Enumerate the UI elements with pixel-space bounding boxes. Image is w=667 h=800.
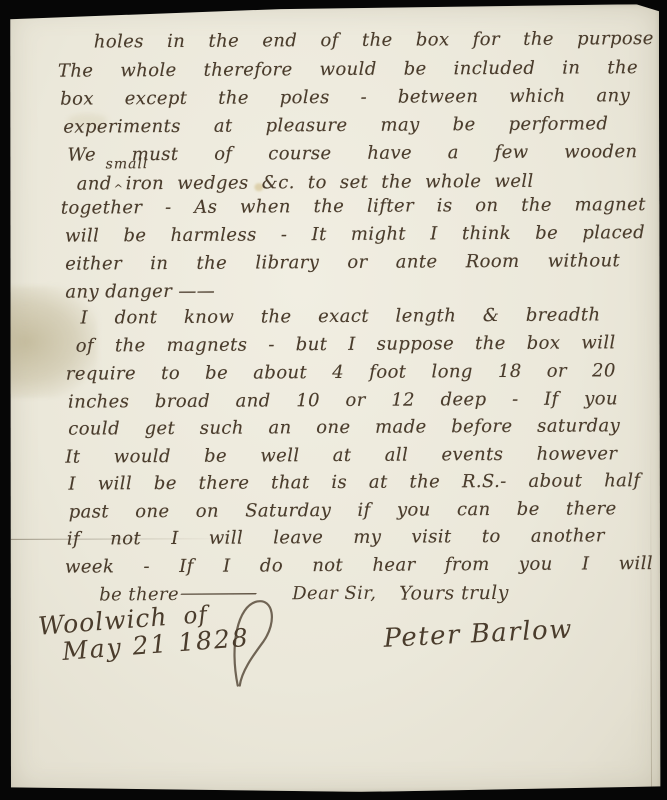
letter-line: I will be there that is at the R.S.- abo… <box>68 469 640 496</box>
dateline: Woolwichof May 21 1828 <box>37 599 250 666</box>
letter-line: holes in the end of the box for the purp… <box>94 27 654 54</box>
letter-line: of the magnets - but I suppose the box w… <box>76 331 616 358</box>
letter-line: together - As when the lifter is on the … <box>61 193 646 221</box>
letter-text: holes in the end of the box for the purp… <box>6 3 663 794</box>
letter-line: It would be well at all events however <box>65 442 617 469</box>
letter-photograph: holes in the end of the box for the purp… <box>0 0 667 800</box>
letter-line: require to be about 4 foot long 18 or 20 <box>66 359 616 386</box>
letter-line: either in the library or ante Room witho… <box>65 249 620 276</box>
letter-line: I dont know the exact length & breadth <box>80 303 600 330</box>
flourish-loop <box>227 595 280 687</box>
letter-line: experiments at pleasure may be performed <box>63 112 608 139</box>
letter-line-with-insertion: andsmall^iron wedges &c. to set the whol… <box>77 168 642 196</box>
valediction: Yours truly <box>399 581 509 606</box>
letter-line: We must of course have a few wooden <box>67 140 637 167</box>
signature: Peter Barlow <box>383 617 573 650</box>
letter-paper: holes in the end of the box for the purp… <box>7 4 661 793</box>
inserted-word: small <box>106 152 149 176</box>
line-segment: iron wedges &c. to set the whole well <box>126 171 534 194</box>
salutation: Dear Sir, <box>292 582 376 607</box>
letter-line: past one on Saturday if you can be there <box>69 497 617 524</box>
letter-line: if not I will leave my visit to another <box>67 524 605 551</box>
letter-line: The whole therefore would be included in… <box>58 56 638 84</box>
letter-line: inches broad and 10 or 12 deep - If you <box>68 387 618 414</box>
line-segment: and <box>77 173 112 194</box>
letter-line: could get such an one made before saturd… <box>68 414 620 441</box>
letter-line: will be harmless - It might I think be p… <box>65 221 645 249</box>
letter-line: week - If I do not hear from you I will <box>65 552 653 580</box>
letter-line: any danger —— <box>65 280 215 305</box>
insertion-block: small^ <box>112 171 126 189</box>
letter-line: box except the poles - between which any <box>60 84 630 111</box>
